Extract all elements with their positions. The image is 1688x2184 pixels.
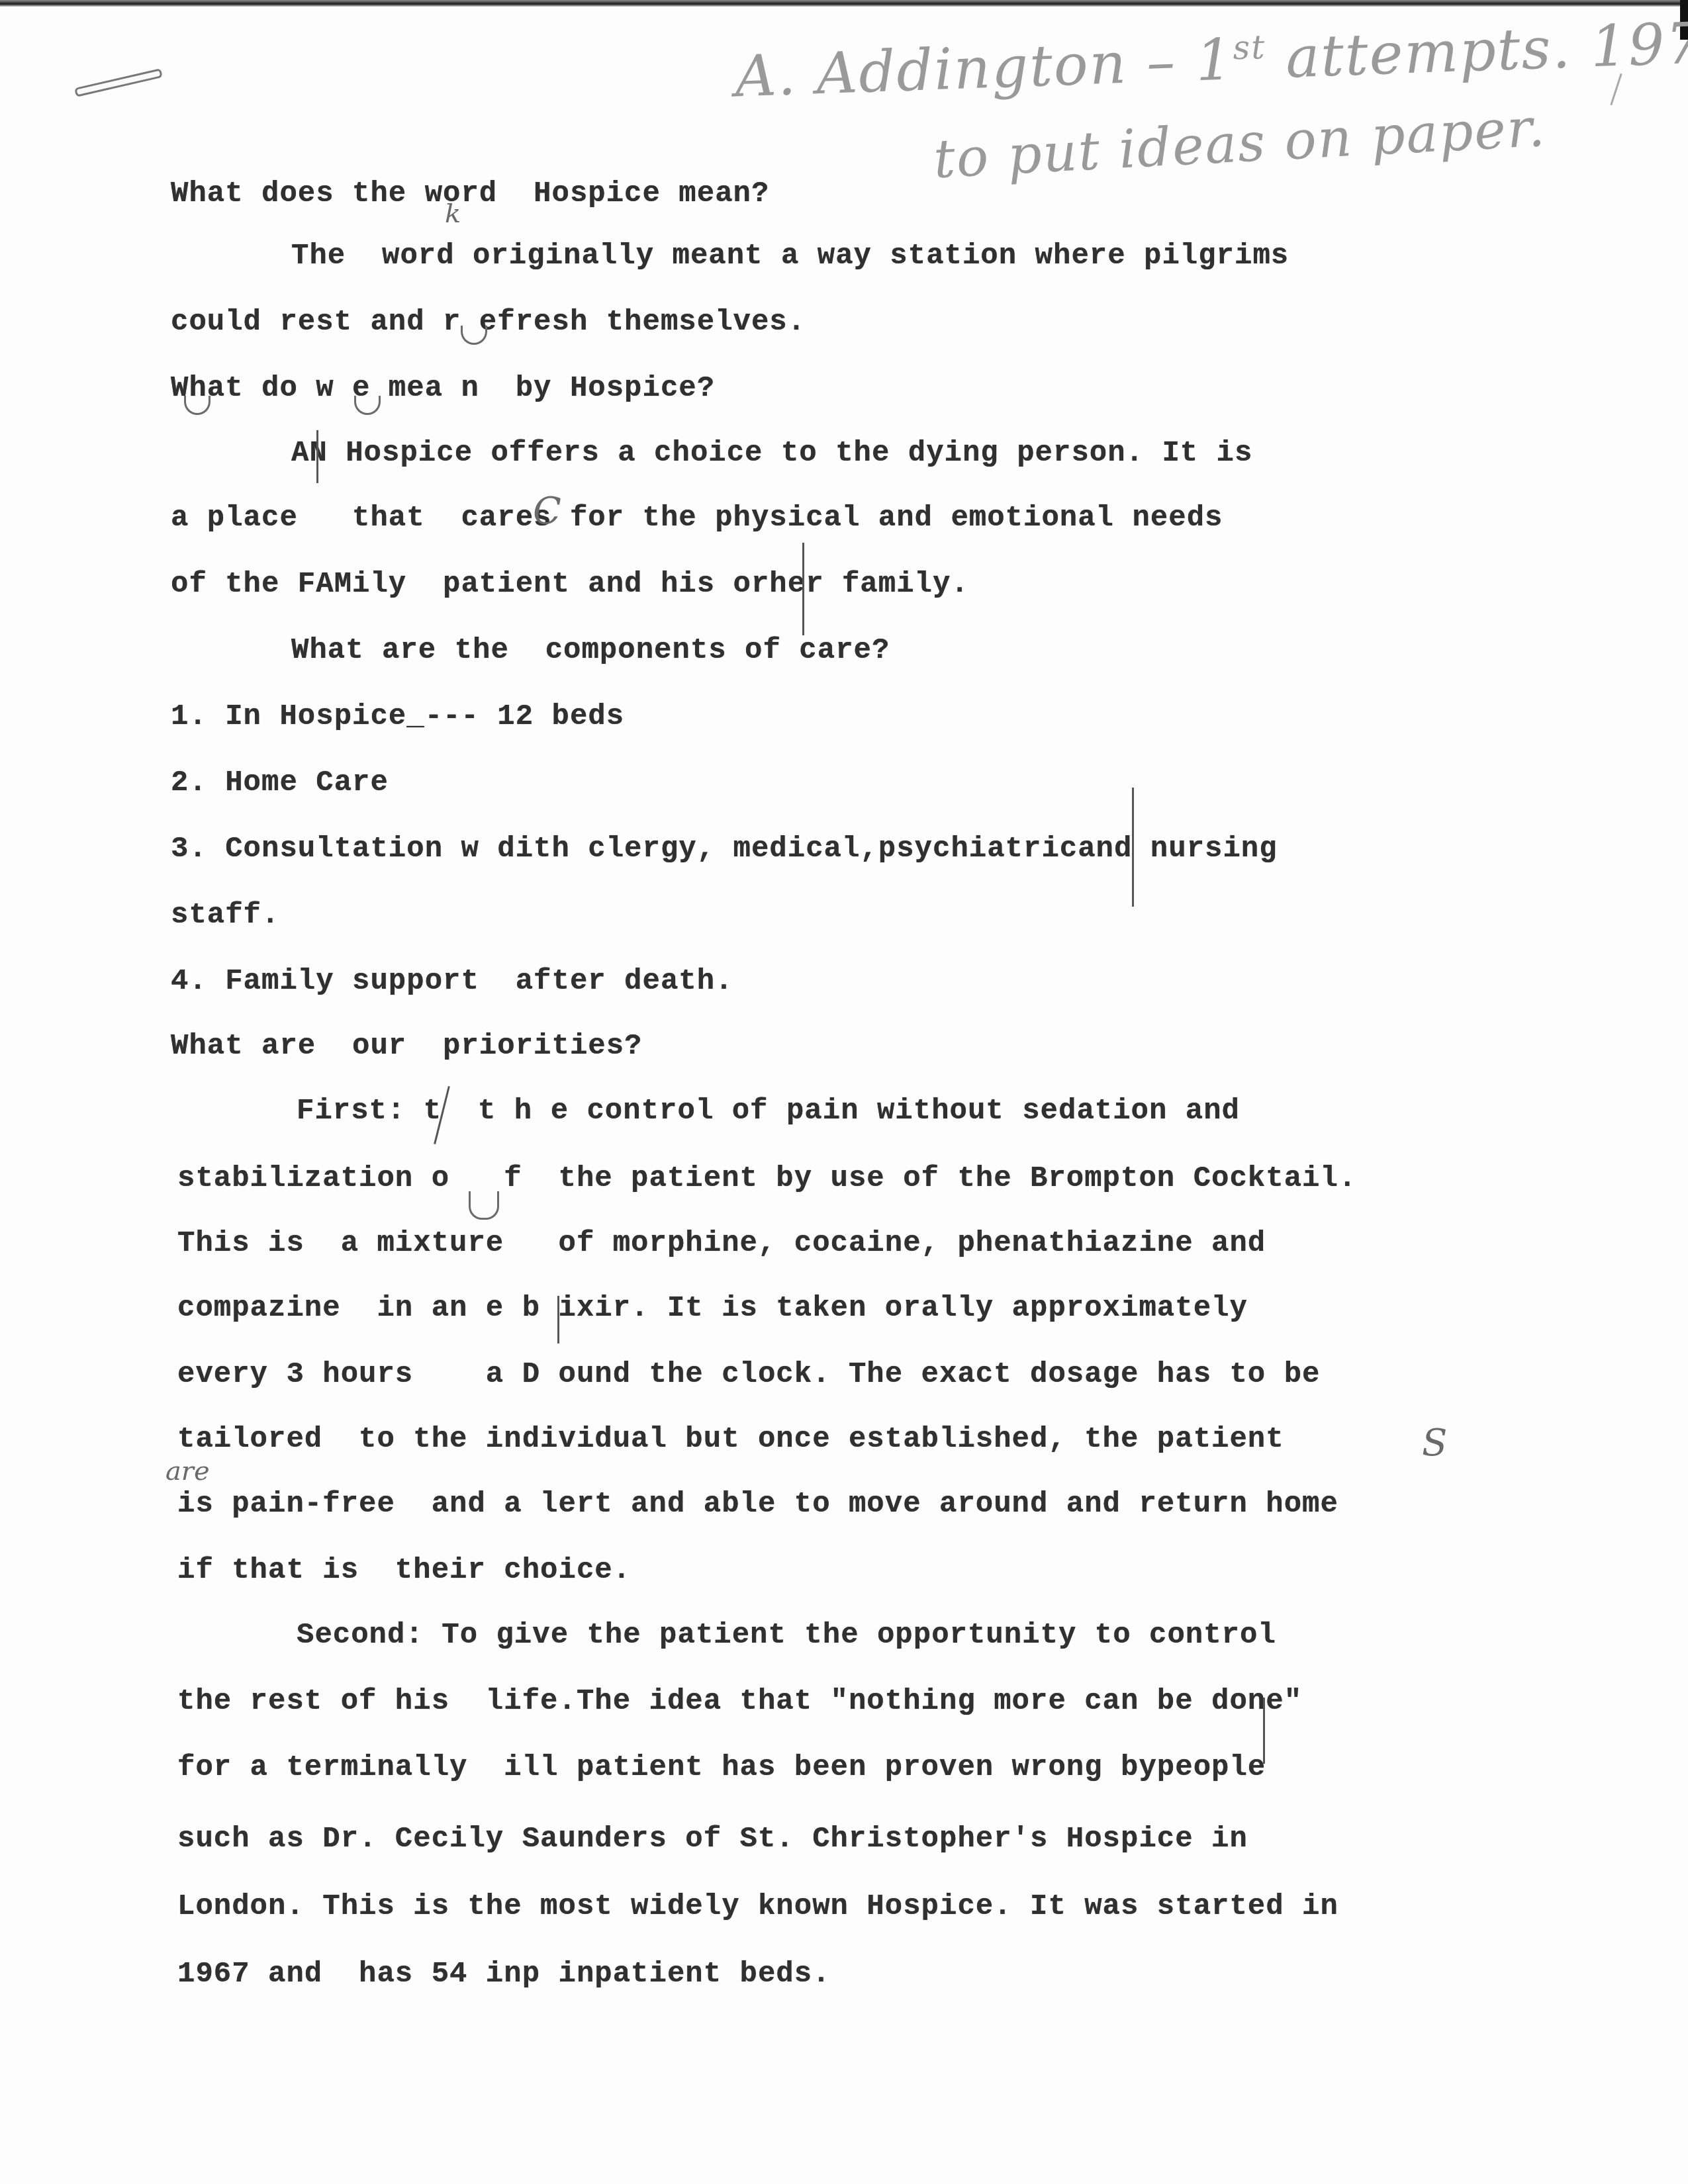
paragraph-line: 1967 and has 54 inp inpatient beds. [177,1958,831,1991]
paragraph-line: if that is their choice. [177,1554,631,1587]
question-what-we-mean: What do w e mea n by Hospice? [171,372,715,405]
handwritten-note-author-text: A. Addington – 1 [734,26,1235,110]
handwritten-correction-c: C [533,490,561,533]
handwritten-note-author: A. Addington – 1st attempts. 1977 [734,9,1688,111]
paragraph-line: Second: To give the patient the opportun… [297,1619,1276,1652]
paragraph-line: This is a mixture of morphine, cocaine, … [177,1227,1266,1260]
paragraph-line: The word originally meant a way station … [291,240,1289,273]
pencil-separator-stroke [1132,788,1134,907]
pencil-close-up-mark [354,396,381,415]
paragraph-line: tailored to the individual but once esta… [177,1423,1284,1456]
paragraph-line: could rest and r efresh themselves. [171,306,806,339]
list-item-in-hospice: 1. In Hospice_--- 12 beds [171,700,624,733]
handwritten-correction-are: are [165,1456,210,1486]
paragraph-line: for a terminally ill patient has been pr… [177,1751,1266,1784]
handwritten-correction-k: k [445,199,461,229]
list-item-consultation: 3. Consultation w dith clergy, medical,p… [171,833,1278,866]
paragraph-line: AN Hospice offers a choice to the dying … [291,437,1252,470]
paragraph-line: every 3 hours a D ound the clock. The ex… [177,1358,1320,1391]
paragraph-line: First: t t h e control of pain without s… [297,1095,1240,1128]
question-hospice-meaning: What does the word Hospice mean? [171,177,769,210]
question-components-of-care: What are the components of care? [291,634,890,667]
paragraph-line: compazine in an e b ixir. It is taken or… [177,1292,1248,1325]
paragraph-line: stabilization o f the patient by use of … [177,1162,1356,1195]
paragraph-line: is pain-free and a lert and able to move… [177,1488,1338,1521]
handwritten-correction-s: S [1422,1422,1447,1465]
scan-top-edge [0,0,1688,7]
list-item-home-care: 2. Home Care [171,766,389,799]
pencil-close-up-mark [469,1191,499,1220]
pencil-close-up-mark [184,396,211,415]
paragraph-line: such as Dr. Cecily Saunders of St. Chris… [177,1823,1248,1856]
list-item-family-support: 4. Family support after death. [171,965,733,998]
pencil-insert-stroke [802,543,804,635]
handwritten-superscript: st [1232,28,1266,68]
pencil-separator-stroke [1263,1698,1265,1764]
question-priorities: What are our priorities? [171,1030,643,1063]
paragraph-line: the rest of his life.The idea that "noth… [177,1685,1302,1718]
pencil-delete-stroke [316,430,318,483]
paragraph-line: a place that cares for the physical and … [171,502,1223,535]
paragraph-line: London. This is the most widely known Ho… [177,1890,1338,1923]
handwritten-note-date: attempts. 1977 [1265,9,1688,92]
pencil-dash-mark [74,68,163,97]
pencil-close-up-mark [461,326,487,345]
paragraph-line: of the FAMily patient and his orher fami… [171,568,969,601]
list-item-consultation-cont: staff. [171,899,279,932]
handwritten-note-purpose: to put ideas on paper. [932,97,1547,190]
document-page: A. Addington – 1st attempts. 1977 to put… [0,0,1688,2184]
pencil-correction-stroke [557,1296,559,1343]
